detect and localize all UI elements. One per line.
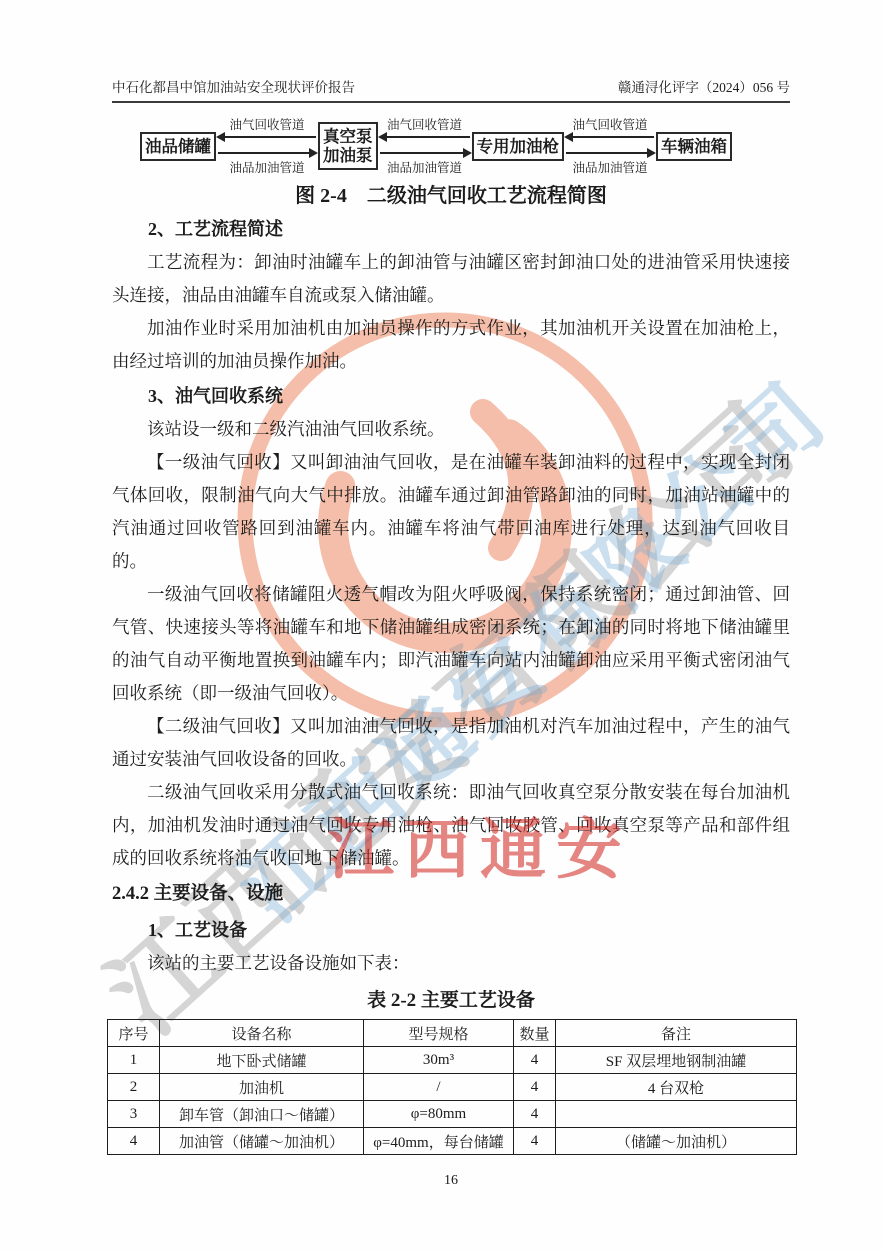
cell-index: 3 bbox=[108, 1101, 160, 1128]
page-header: 中石化都昌中馆加油站安全现状评价报告 赣通浔化评字（2024）056 号 bbox=[112, 76, 790, 103]
heading-main-equipment: 2.4.2 主要设备、设施 bbox=[112, 877, 790, 912]
equipment-table: 序号 设备名称 型号规格 数量 备注 1 地下卧式储罐 30m³ 4 SF 双层… bbox=[107, 1019, 797, 1155]
flow-connector-1: 油气回收管道 油品加油管道 bbox=[216, 117, 318, 175]
flow-box-vehicle-tank: 车辆油箱 bbox=[656, 132, 732, 161]
col-header-remark: 备注 bbox=[556, 1020, 797, 1047]
paragraph: 该站设一级和二级汽油油气回收系统。 bbox=[112, 413, 790, 446]
vapor-recovery-pipe-label: 油气回收管道 bbox=[378, 118, 472, 132]
table-row: 1 地下卧式储罐 30m³ 4 SF 双层埋地钢制油罐 bbox=[108, 1047, 797, 1074]
cell-qty: 4 bbox=[514, 1047, 556, 1074]
vapor-recovery-pipe-label: 油气回收管道 bbox=[216, 118, 318, 132]
left-arrow-icon bbox=[566, 136, 654, 138]
table-header-row: 序号 设备名称 型号规格 数量 备注 bbox=[108, 1020, 797, 1047]
fuel-pipe-label: 油品加油管道 bbox=[216, 161, 318, 175]
paragraph: 一级油气回收将储罐阻火透气帽改为阻火呼吸阀，保持系统密闭；通过卸油管、回气管、快… bbox=[112, 578, 790, 710]
right-arrow-icon bbox=[218, 152, 316, 154]
paragraph: 工艺流程为：卸油时油罐车上的卸油管与油罐区密封卸油口处的进油管采用快速接头连接，… bbox=[112, 246, 790, 312]
cell-index: 4 bbox=[108, 1128, 160, 1155]
cell-name: 卸车管（卸油口～储罐） bbox=[160, 1101, 364, 1128]
process-flow-diagram: 油品储罐 油气回收管道 油品加油管道 真空泵 加油泵 油气回收管道 油品加油管道 bbox=[140, 117, 790, 175]
heading-process-equipment: 1、工艺设备 bbox=[112, 914, 790, 947]
page-content: 中石化都昌中馆加油站安全现状评价报告 赣通浔化评字（2024）056 号 油品储… bbox=[0, 76, 885, 1189]
table-row: 4 加油管（储罐～加油机） φ=40mm，每台储罐 4 （储罐～加油机） bbox=[108, 1128, 797, 1155]
figure-caption: 图 2-4 二级油气回收工艺流程简图 bbox=[112, 181, 790, 211]
cell-name: 加油机 bbox=[160, 1074, 364, 1101]
fuel-pipe-label: 油品加油管道 bbox=[564, 161, 656, 175]
right-arrow-icon bbox=[380, 152, 470, 154]
table-row: 2 加油机 / 4 4 台双枪 bbox=[108, 1074, 797, 1101]
flow-box-storage-tank: 油品储罐 bbox=[140, 132, 216, 161]
left-arrow-icon bbox=[380, 136, 470, 138]
col-header-qty: 数量 bbox=[514, 1020, 556, 1047]
flow-box-nozzle: 专用加油枪 bbox=[472, 132, 565, 161]
right-arrow-icon bbox=[566, 152, 654, 154]
fuel-pipe-label: 油品加油管道 bbox=[378, 161, 472, 175]
document-page: 江西通安有限公司 江西通安有限公司 中石化都昌中馆加油站安全现状评价报告 赣通浔… bbox=[0, 0, 885, 1252]
cell-spec: / bbox=[364, 1074, 514, 1101]
cell-qty: 4 bbox=[514, 1128, 556, 1155]
paragraph: 【一级油气回收】又叫卸油油气回收，是在油罐车装卸油料的过程中，实现全封闭气体回收… bbox=[112, 446, 790, 578]
vacuum-pump-line2: 加油泵 bbox=[323, 146, 373, 165]
flow-connector-2: 油气回收管道 油品加油管道 bbox=[378, 117, 472, 175]
cell-spec: φ=80mm bbox=[364, 1101, 514, 1128]
cell-qty: 4 bbox=[514, 1101, 556, 1128]
paragraph: 二级油气回收采用分散式油气回收系统：即油气回收真空泵分散安装在每台加油机内，加油… bbox=[112, 776, 790, 875]
col-header-spec: 型号规格 bbox=[364, 1020, 514, 1047]
left-arrow-icon bbox=[218, 136, 316, 138]
col-header-name: 设备名称 bbox=[160, 1020, 364, 1047]
vacuum-pump-line1: 真空泵 bbox=[323, 127, 373, 146]
header-report-title: 中石化都昌中馆加油站安全现状评价报告 bbox=[112, 76, 355, 96]
cell-remark: 4 台双枪 bbox=[556, 1074, 797, 1101]
paragraph: 【二级油气回收】又叫加油油气回收，是指加油机对汽车加油过程中，产生的油气通过安装… bbox=[112, 710, 790, 776]
body-area: 油品储罐 油气回收管道 油品加油管道 真空泵 加油泵 油气回收管道 油品加油管道 bbox=[0, 117, 885, 1189]
table-title: 表 2-2 主要工艺设备 bbox=[112, 986, 790, 1016]
header-doc-number: 赣通浔化评字（2024）056 号 bbox=[618, 76, 790, 96]
cell-remark: SF 双层埋地钢制油罐 bbox=[556, 1047, 797, 1074]
heading-vapor-recovery: 3、油气回收系统 bbox=[112, 380, 790, 413]
heading-process-summary: 2、工艺流程简述 bbox=[112, 213, 790, 246]
table-row: 3 卸车管（卸油口～储罐） φ=80mm 4 bbox=[108, 1101, 797, 1128]
paragraph: 该站的主要工艺设备设施如下表： bbox=[112, 947, 790, 980]
col-header-index: 序号 bbox=[108, 1020, 160, 1047]
cell-name: 加油管（储罐～加油机） bbox=[160, 1128, 364, 1155]
cell-index: 1 bbox=[108, 1047, 160, 1074]
cell-remark: （储罐～加油机） bbox=[556, 1128, 797, 1155]
vapor-recovery-pipe-label: 油气回收管道 bbox=[564, 118, 656, 132]
flow-box-vacuum-pump: 真空泵 加油泵 bbox=[318, 122, 378, 170]
page-number: 16 bbox=[112, 1173, 790, 1189]
cell-remark bbox=[556, 1101, 797, 1128]
paragraph: 加油作业时采用加油机由加油员操作的方式作业，其加油机开关设置在加油枪上，由经过培… bbox=[112, 312, 790, 378]
cell-spec: 30m³ bbox=[364, 1047, 514, 1074]
cell-index: 2 bbox=[108, 1074, 160, 1101]
flow-connector-3: 油气回收管道 油品加油管道 bbox=[564, 117, 656, 175]
cell-qty: 4 bbox=[514, 1074, 556, 1101]
cell-name: 地下卧式储罐 bbox=[160, 1047, 364, 1074]
cell-spec: φ=40mm，每台储罐 bbox=[364, 1128, 514, 1155]
